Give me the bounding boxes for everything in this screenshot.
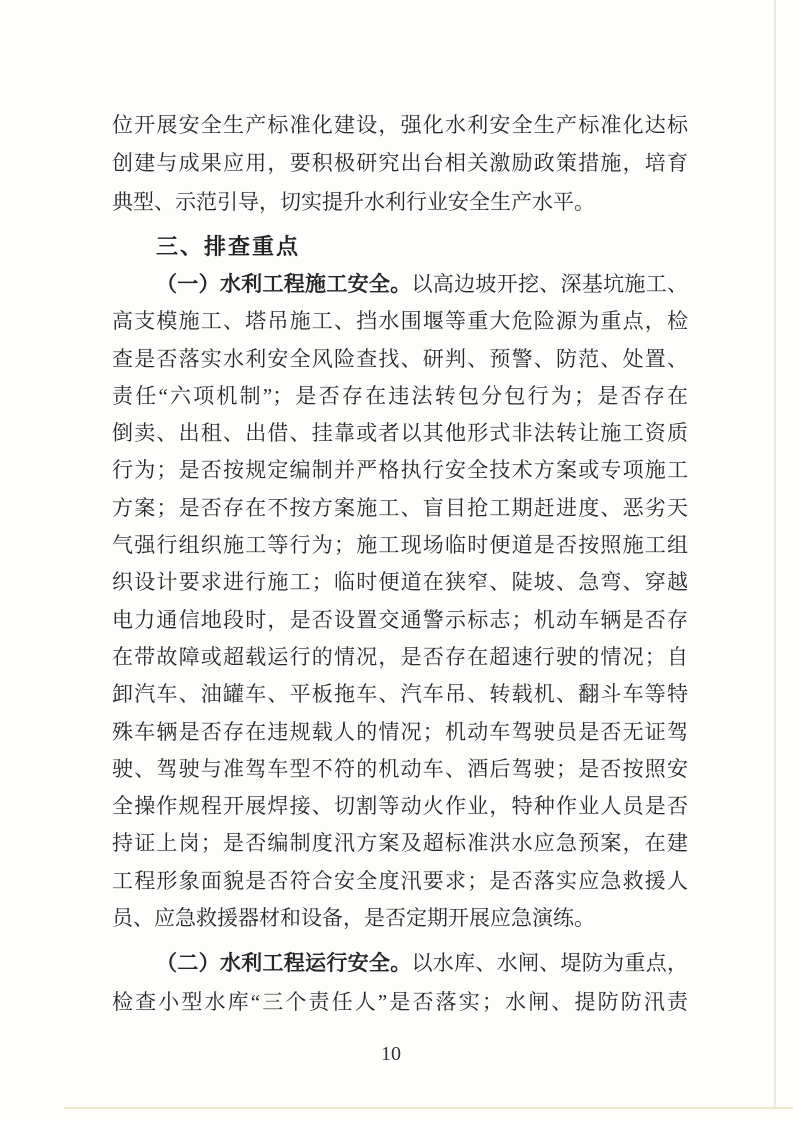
text-line: 电力通信地段时，是否设置交通警示标志；机动车辆是否存 — [112, 602, 688, 639]
text-line: 倒卖、出租、出借、挂靠或者以其他形式非法转让施工资质 — [112, 415, 688, 452]
scanned-document-page: 位开展安全生产标准化建设，强化水利安全生产标准化达标 创建与成果应用，要积极研究… — [0, 0, 793, 1122]
text-line: 卸汽车、油罐车、平板拖车、汽车吊、转载机、翻斗车等特 — [112, 676, 688, 713]
page-number: 10 — [0, 1042, 782, 1066]
scan-bottom-edge-line — [64, 1107, 793, 1109]
paragraph-section-2: （二）水利工程运行安全。以水库、水闸、堤防为重点， 检查小型水库“三个责任人”是… — [112, 944, 688, 1021]
text-line: 在带故障或超载运行的情况，是否存在超速行驶的情况；自 — [112, 639, 688, 676]
paragraph-section-1: （一）水利工程施工安全。以高边坡开挖、深基坑施工、 高支模施工、塔吊施工、挡水围… — [112, 266, 688, 937]
text-line: 殊车辆是否存在违规载人的情况；机动车驾驶员是否无证驾 — [112, 714, 688, 751]
paragraph-continuation: 位开展安全生产标准化建设，强化水利安全生产标准化达标 创建与成果应用，要积极研究… — [112, 106, 688, 221]
text-line: 持证上岗；是否编制度汛方案及超标准洪水应急预案，在建 — [112, 825, 688, 862]
text-line: 方案；是否存在不按方案施工、盲目抢工期赶进度、恶劣天 — [112, 490, 688, 527]
text-line: 典型、示范引导，切实提升水利行业安全生产水平。 — [112, 183, 688, 221]
text-line: 员、应急救援器材和设备，是否定期开展应急演练。 — [112, 900, 688, 937]
text-line: 全操作规程开展焊接、切割等动火作业，特种作业人员是否 — [112, 788, 688, 825]
scan-right-edge-line — [774, 0, 776, 1108]
text-line: 查是否落实水利安全风险查找、研判、预警、防范、处置、 — [112, 341, 688, 378]
text-line: 气强行组织施工等行为；施工现场临时便道是否按照施工组 — [112, 527, 688, 564]
text-line: 驶、驾驶与准驾车型不符的机动车、酒后驾驶；是否按照安 — [112, 751, 688, 788]
text-line: （一）水利工程施工安全。以高边坡开挖、深基坑施工、 — [112, 266, 688, 303]
text-line: 位开展安全生产标准化建设，强化水利安全生产标准化达标 — [112, 106, 688, 144]
section-2-lead: （二）水利工程运行安全。 — [156, 951, 412, 975]
text-line: 行为；是否按规定编制并严格执行安全技术方案或专项施工 — [112, 452, 688, 489]
text-line: （二）水利工程运行安全。以水库、水闸、堤防为重点， — [112, 944, 688, 983]
text-line: 织设计要求进行施工；临时便道在狭窄、陡坡、急弯、穿越 — [112, 564, 688, 601]
section-1-lead: （一）水利工程施工安全。 — [156, 272, 412, 296]
section-1-first-line-rest: 以高边坡开挖、深基坑施工、 — [412, 272, 689, 296]
text-line: 责任“六项机制”；是否存在违法转包分包行为；是否存在 — [112, 378, 688, 415]
text-line: 工程形象面貌是否符合安全度汛要求；是否落实应急救援人 — [112, 863, 688, 900]
text-line: 检查小型水库“三个责任人”是否落实；水闸、提防防汛责 — [112, 983, 688, 1022]
section-heading: 三、排查重点 — [156, 232, 300, 262]
section-2-first-line-rest: 以水库、水闸、堤防为重点， — [412, 951, 689, 975]
text-line: 创建与成果应用，要积极研究出台相关激励政策措施，培育 — [112, 144, 688, 182]
text-line: 高支模施工、塔吊施工、挡水围堰等重大危险源为重点，检 — [112, 303, 688, 340]
